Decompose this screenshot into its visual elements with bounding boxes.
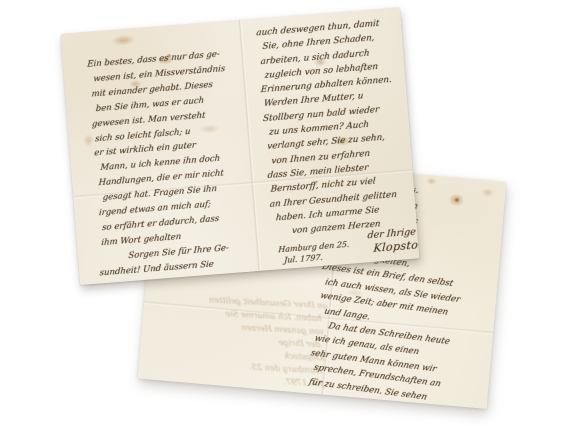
right-column-text-block: auch deswegen thun, damitSie, ohne Ihren… [256,15,416,240]
letter-photo: an Ihrer Gesundheit gelittenhaben. Ich u… [0,0,572,445]
left-column-text-block: Ein bestes, dass es nur das ge-wesen ist… [87,46,254,281]
letter-front-sheet: Ein bestes, dass es nur das ge-wesen ist… [61,7,420,285]
signature-block: der Ihrige Klopstock [367,224,419,255]
ink-stain [426,177,438,186]
ink-stain [111,34,136,47]
dateline: Hamburg den 25. Jul. 1797. [278,239,351,267]
bleedthrough-text-block: an Ihrer Gesundheit gelittenhaben. Ich u… [141,290,328,390]
